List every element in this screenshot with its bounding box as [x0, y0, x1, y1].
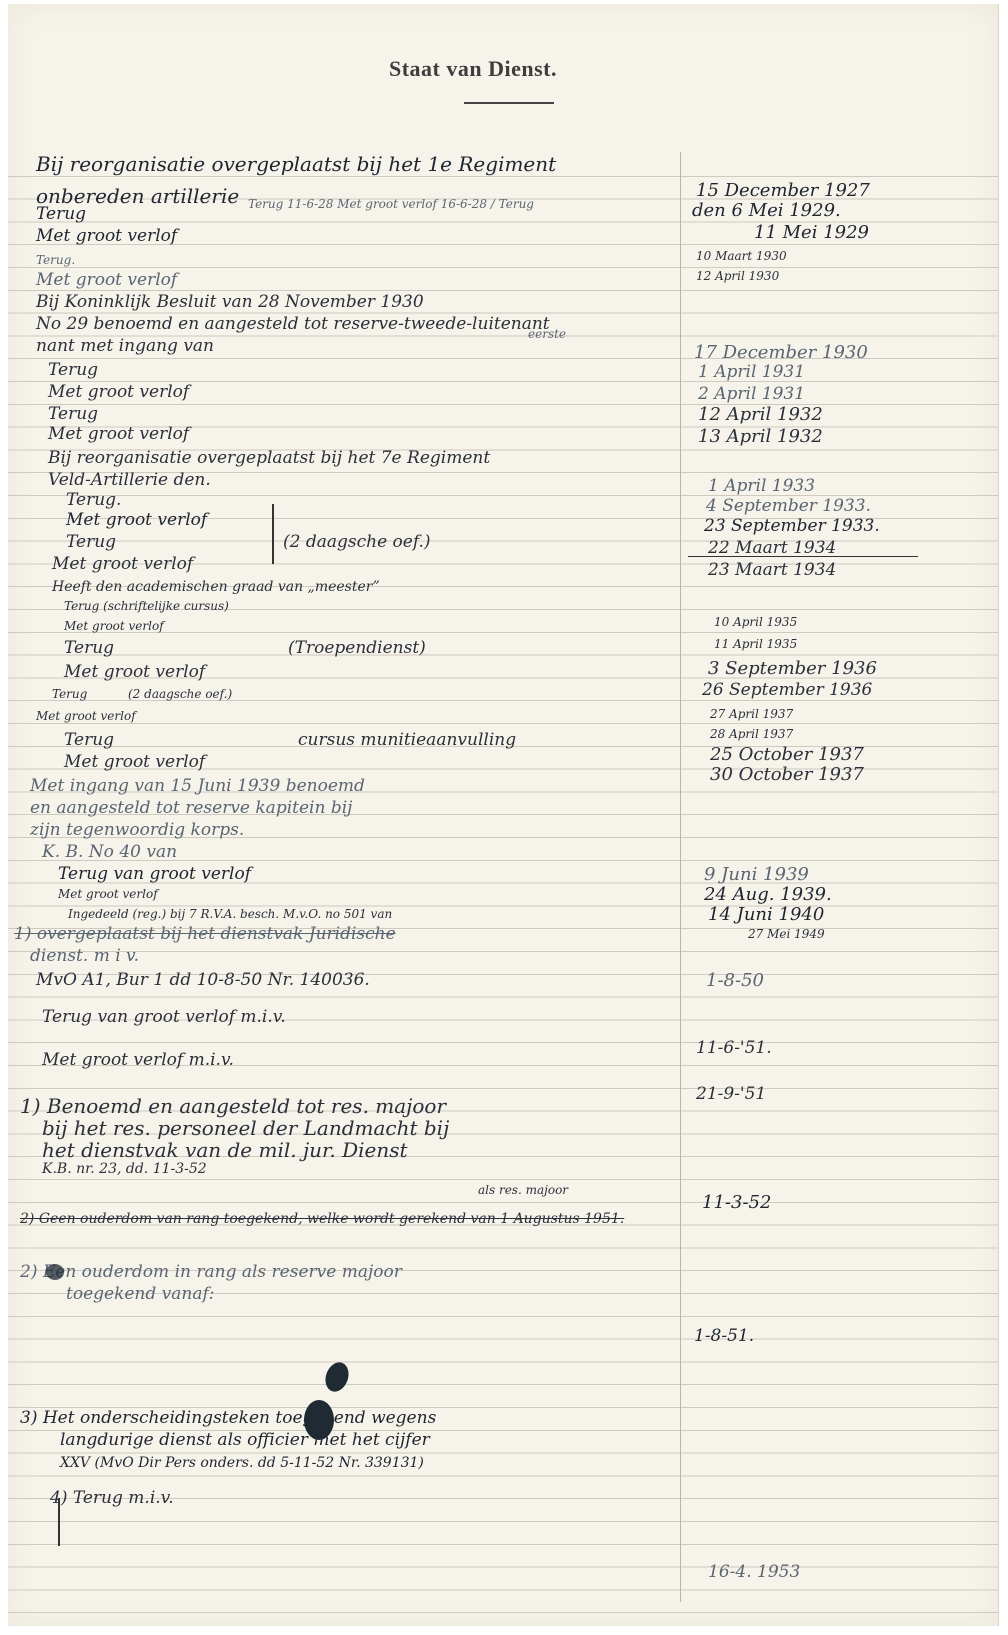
entry-annotation: Terug 11-6-28 Met groot verlof 16-6-28 /…	[248, 198, 534, 210]
entry-text: onbereden artillerie	[36, 186, 239, 206]
entry-text: 2) Een ouderdom in rang als reserve majo…	[20, 1264, 402, 1281]
entry-text: Met groot verlof	[64, 664, 205, 681]
entry-date: 11-6-'51.	[696, 1040, 772, 1057]
entry-text: Met groot verlof	[64, 754, 205, 771]
entry-text: Met groot verlof	[48, 384, 189, 401]
entry-insert: als res. majoor	[478, 1184, 568, 1196]
entry-text: Met groot verlof	[36, 228, 177, 245]
entry-text: Met groot verlof	[58, 888, 158, 900]
entry-date: 11 April 1935	[714, 638, 797, 650]
entry-text: toegekend vanaf:	[66, 1286, 215, 1303]
entry-text: Terug van groot verlof	[58, 866, 251, 883]
ink-blot	[46, 1264, 64, 1280]
document-page: Staat van Dienst. Bij reorganisatie over…	[8, 4, 999, 1626]
entry-text: No 29 benoemd en aangesteld tot reserve-…	[36, 316, 550, 333]
entry-text: dienst. m i v.	[30, 948, 139, 965]
entry-text: 3) Het onderscheidingsteken toegekend we…	[20, 1410, 436, 1427]
entry-date: 9 Juni 1939	[704, 866, 809, 884]
entry-date: 10 Maart 1930	[696, 250, 787, 262]
entry-date: 4 September 1933.	[706, 498, 871, 515]
entry-date: 27 Mei 1949	[748, 928, 825, 940]
entry-text: 4) Terug m.i.v.	[50, 1490, 174, 1507]
entry-text: Met groot verlof	[52, 556, 193, 573]
entry-date: 1 April 1931	[698, 364, 805, 381]
entry-date: 26 September 1936	[702, 682, 872, 699]
entry-date: 14 Juni 1940	[708, 906, 824, 924]
entry-text: MvO A1, Bur 1 dd 10-8-50 Nr. 140036.	[36, 972, 370, 989]
entry-date: 1 April 1933	[708, 478, 815, 495]
page-title: Staat van Dienst.	[8, 56, 938, 82]
entry-text: bij het res. personeel der Landmacht bij	[42, 1118, 449, 1138]
entry-date: 28 April 1937	[710, 728, 793, 740]
entry-text: en aangesteld tot reserve kapitein bij	[30, 800, 352, 817]
ink-blot	[304, 1400, 334, 1440]
title-underline	[464, 102, 554, 104]
entry-text: Terug	[36, 206, 86, 223]
entry-date: 16-4. 1953	[708, 1564, 800, 1581]
entry-text: Bij reorganisatie overgeplaatst bij het …	[48, 450, 490, 467]
entry-date: 21-9-'51	[696, 1086, 766, 1103]
entry-date: 23 Maart 1934	[708, 562, 836, 579]
entry-date: 22 Maart 1934	[708, 540, 836, 557]
entry-text: Terug	[64, 732, 114, 749]
entry-date: 12 April 1932	[698, 406, 823, 424]
brace-mark	[58, 1498, 60, 1546]
entry-text: Terug	[48, 406, 98, 423]
entry-text: nant met ingang van	[36, 338, 214, 355]
entry-date: 11 Mei 1929	[754, 224, 869, 242]
brace-mark	[272, 504, 274, 564]
entry-date: 1-8-50	[706, 972, 764, 990]
entry-date: 3 September 1936	[708, 660, 877, 678]
entry-text: Terug.	[36, 254, 75, 266]
entry-note: cursus munitieaanvulling	[298, 732, 516, 749]
entry-text: Bij Koninklijk Besluit van 28 November 1…	[36, 294, 424, 311]
entry-text: 1) overgeplaatst bij het dienstvak Jurid…	[14, 926, 396, 943]
entry-text: Met groot verlof	[36, 710, 136, 722]
entry-text-struck: 2) Geen ouderdom van rang toegekend, wel…	[20, 1208, 640, 1230]
entry-correction: eerste	[528, 328, 566, 340]
entry-date: 13 April 1932	[698, 428, 823, 446]
entry-text: Terug	[64, 640, 114, 657]
entry-date: 25 October 1937	[710, 746, 864, 764]
entry-date: 24 Aug. 1939.	[704, 886, 832, 904]
entry-text: Bij reorganisatie overgeplaatst bij het …	[36, 154, 556, 174]
entry-text: 1) Benoemd en aangesteld tot res. majoor	[20, 1096, 446, 1116]
entry-note: (2 daagsche oef.)	[128, 688, 232, 700]
entry-text: Ingedeeld (reg.) bij 7 R.V.A. besch. M.v…	[68, 908, 392, 920]
entry-date: 30 October 1937	[710, 766, 864, 784]
entry-note: (Troependienst)	[288, 640, 426, 657]
date-column-divider	[680, 152, 681, 1602]
entry-date: 23 September 1933.	[704, 518, 880, 535]
entry-date: 15 December 1927	[696, 182, 870, 200]
entry-text: zijn tegenwoordig korps.	[30, 822, 244, 839]
entry-text: Met groot verlof	[48, 426, 189, 443]
entry-date: 2 April 1931	[698, 386, 805, 403]
entry-text: Heeft den academischen graad van „meeste…	[52, 580, 380, 594]
entry-text: XXV (MvO Dir Pers onders. dd 5-11-52 Nr.…	[60, 1456, 424, 1470]
entry-text: Terug	[66, 534, 116, 551]
entry-text: Veld-Artillerie den.	[48, 472, 211, 489]
entry-text: K. B. No 40 van	[42, 844, 177, 861]
entry-date: 10 April 1935	[714, 616, 797, 628]
entry-text: Met groot verlof	[64, 620, 164, 632]
entry-note: (2 daagsche oef.)	[283, 534, 431, 551]
entry-text: Terug (schriftelijke cursus)	[64, 600, 229, 612]
entry-text: Met groot verlof m.i.v.	[42, 1052, 234, 1069]
entry-date: 27 April 1937	[710, 708, 793, 720]
entry-date: 12 April 1930	[696, 270, 779, 282]
entry-text: K.B. nr. 23, dd. 11-3-52	[42, 1162, 207, 1176]
entry-text: Met groot verlof	[36, 272, 177, 289]
entry-date: 17 December 1930	[694, 344, 868, 362]
date-underline	[688, 556, 918, 557]
entry-text: Terug	[52, 688, 87, 700]
entry-text: Terug.	[66, 492, 121, 509]
entry-text: Met ingang van 15 Juni 1939 benoemd	[30, 778, 365, 795]
entry-text: het dienstvak van de mil. jur. Dienst	[42, 1140, 408, 1160]
entry-text: langdurige dienst als officier met het c…	[60, 1432, 430, 1449]
entry-text: Terug van groot verlof m.i.v.	[42, 1009, 286, 1026]
entry-date: den 6 Mei 1929.	[692, 202, 841, 220]
entry-text: Terug	[48, 362, 98, 379]
entry-date: 1-8-51.	[694, 1328, 754, 1345]
entry-date: 11-3-52	[702, 1194, 771, 1212]
entry-text: Met groot verlof	[66, 512, 207, 529]
